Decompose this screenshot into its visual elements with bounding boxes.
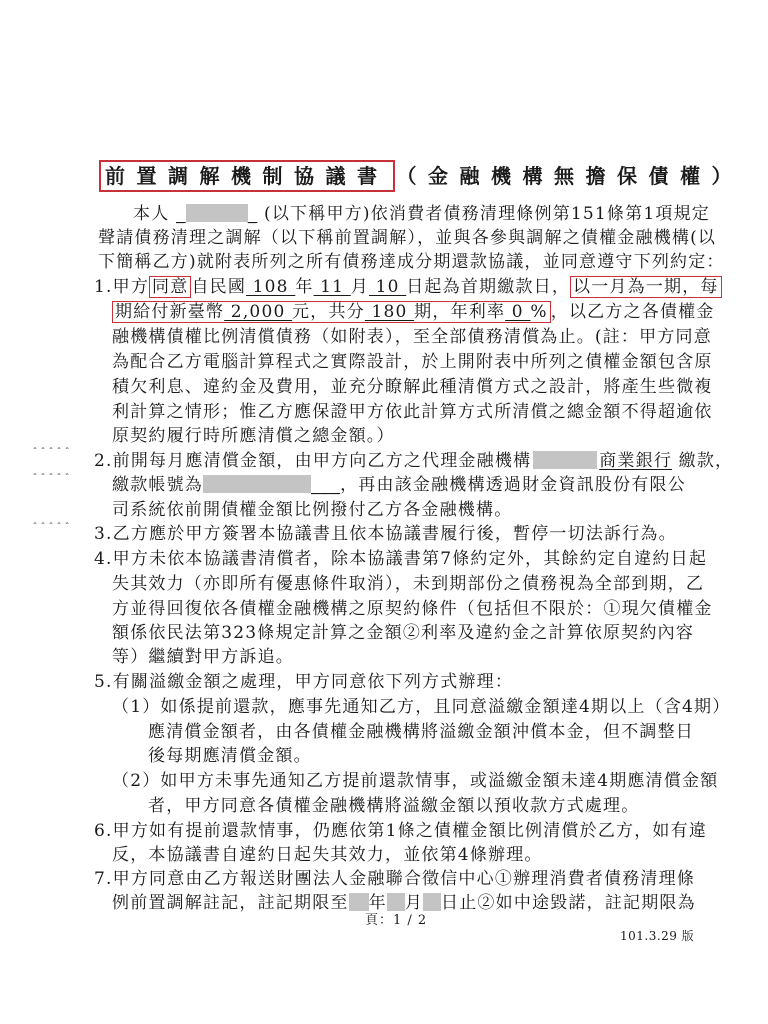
intro-text: 本人	[133, 204, 176, 224]
payment-terms-highlight: 期給付新臺幣 2,000 元，共分 180 期，年利率 0 %	[112, 301, 551, 323]
clause-5-sub-2-line-2: 者，甲方同意各債權金融機構將溢繳金額以預收款方式處理。	[148, 795, 639, 817]
text: 自民國	[191, 277, 246, 297]
redacted-name	[186, 204, 248, 222]
page-number: 頁：1 / 2	[365, 909, 427, 928]
text: ，以乙方之各債權金	[551, 302, 715, 322]
clause-1-line-6: 利計算之情形；惟乙方應保證甲方依此計算方式所清償之總金額不得超逾依	[112, 401, 713, 423]
text: 月	[351, 277, 369, 297]
clause-4-line-2: 失其效力（亦即所有優惠條件取消），未到期部份之債務視為全部到期，乙	[112, 573, 704, 595]
version-label: 101.3.29 版	[620, 927, 694, 944]
text: %	[530, 302, 547, 322]
text: 2.前開每月應清償金額，由甲方向乙方之代理金融機構	[94, 451, 531, 471]
margin-mark: ˆˆˆˆˆ	[32, 448, 72, 458]
total-periods: 180	[365, 302, 414, 322]
redacted-account-number	[203, 475, 311, 493]
text: 繳款，	[672, 451, 733, 471]
intro-line-2: 聲請債務清理之調解（以下稱前置調解），並與各參與調解之債權金融機構(以	[98, 227, 716, 249]
start-year: 108	[246, 277, 295, 297]
document-title: 前置調解機制協議書（金融機構無擔保債權）	[99, 160, 743, 192]
clause-5-sub-1-line-1: （1）如係提前還款，應事先通知乙方，且同意溢繳金額達4期以上（含4期）	[112, 696, 730, 718]
clause-1-line-5: 積欠利息、違約金及費用，並充分瞭解此種清償方式之設計，將產生些微複	[112, 376, 713, 398]
text: 期給付新臺幣	[115, 302, 224, 322]
text: 日起為首期繳款日，	[406, 277, 570, 297]
clause-4-line-1: 4.甲方未依本協議書清償者，除本協議書第7條約定外，其餘約定自違約日起	[94, 548, 707, 570]
clause-1-line-7: 原契約履行時所應清償之總金額。）	[112, 425, 395, 447]
clause-1-line-4: 為配合乙方電腦計算程式之實際設計，於上開附表中所列之債權金額包含原	[112, 351, 713, 373]
clause-4-line-4: 額係依民法第323條規定計算之金額②利率及違約金之計算依原契約內容	[112, 622, 694, 644]
text: 甲方	[113, 277, 149, 297]
intro-text: (以下稱甲方)依消費者債務清理條例第151條第1項規定	[257, 204, 710, 224]
clause-5-sub-1-line-3: 後每期應清償金額。	[148, 745, 312, 767]
start-day: 10	[369, 277, 406, 297]
title-main-highlighted: 前置調解機制協議書	[99, 160, 395, 192]
clause-4-line-5: 等）繼續對甲方訴追。	[112, 646, 294, 668]
text: 繳款帳號為	[112, 475, 203, 495]
interest-rate: 0	[505, 302, 530, 322]
clause-number: 1.	[94, 277, 113, 297]
clause-6-line-2: 反，本協議書自違約日起失其效力，並依第4條辦理。	[112, 844, 543, 866]
intro-line-1: 本人 __ (以下稱甲方)依消費者債務清理條例第151條第1項規定	[133, 203, 710, 225]
clause-1-line-3: 融機構債權比例清償債務（如附表），至全部債務清償為止。(註：甲方同意	[112, 326, 712, 348]
clause-5-line-1: 5.有關溢繳金額之處理，甲方同意依下列方式辦理：	[94, 671, 513, 693]
text: 日止②如中途毀諾，註記期限為	[441, 893, 696, 913]
text: 期，年利率	[414, 302, 505, 322]
clause-4-line-3: 方並得回復依各債權金融機構之原契約條件（包括但不限於：①現欠債權金	[112, 598, 713, 620]
text: 元，共分	[292, 302, 365, 322]
text: 年	[295, 277, 313, 297]
margin-mark: ˆˆˆˆˆ	[32, 474, 72, 484]
clause-1-line-2: 期給付新臺幣 2,000 元，共分 180 期，年利率 0 %，以乙方之各債權金	[112, 301, 715, 323]
text: ，再由該金融機構透過財金資訊股份有限公	[340, 475, 686, 495]
period-highlight: 以一月為一期，每	[570, 276, 722, 298]
monthly-amount: 2,000	[224, 302, 292, 322]
agree-highlight: 同意	[149, 276, 191, 298]
clause-5-sub-2-line-1: （2）如甲方未事先通知乙方提前還款情事，或溢繳金額未達4期應清償金額	[112, 770, 718, 792]
margin-mark: ˆˆˆˆˆ	[32, 523, 72, 533]
clause-3: 3.乙方應於甲方簽署本協議書且依本協議書履行後，暫停一切法訴行為。	[94, 523, 677, 545]
clause-7-line-1: 7.甲方同意由乙方報送財團法人金融聯合徵信中心①辦理消費者債務清理條	[94, 868, 695, 890]
intro-line-3: 下簡稱乙方)就附表所列之所有債務達成分期還款協議，並同意遵守下列約定：	[98, 251, 725, 273]
clause-2-line-3: 司系統依前開債權金額比例撥付乙方各金融機構。	[112, 499, 512, 521]
clause-2-line-2: 繳款帳號為___，再由該金融機構透過財金資訊股份有限公	[112, 474, 686, 496]
clause-6-line-1: 6.甲方如有提前還款情事，仍應依第1條之債權金額比例清償於乙方，如有違	[94, 820, 707, 842]
clause-1-line-1: 1.甲方同意自民國 108 年 11 月 10 日起為首期繳款日，以一月為一期，…	[94, 276, 722, 298]
title-subtitle: （金融機構無擔保債權）	[397, 162, 744, 190]
redacted-bank-name	[533, 451, 597, 469]
text: 例前置調解註記，註記期限至	[112, 893, 349, 913]
clause-5-sub-1-line-2: 應清償金額者，由各債權金融機構將溢繳金額沖償本金，但不調整日	[148, 721, 694, 743]
bank-name: 商業銀行	[599, 451, 672, 471]
clause-2-line-1: 2.前開每月應清償金額，由甲方向乙方之代理金融機構商業銀行 繳款，	[94, 450, 733, 472]
start-month: 11	[314, 277, 351, 297]
